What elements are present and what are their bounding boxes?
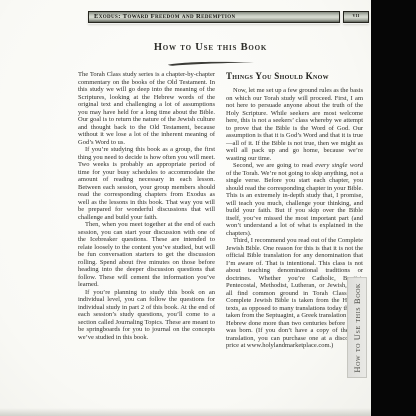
body-paragraph: The Torah Class study series is a chapte…	[78, 71, 215, 146]
body-paragraph: Second, we are going to read every singl…	[226, 162, 363, 237]
page-number: vii	[353, 14, 360, 20]
paragraph-text: of the Torah. We’re not going to skip an…	[226, 170, 363, 237]
paragraph-text: Third, I recommend you read out of the C…	[226, 237, 363, 349]
scan-background-strip	[371, 0, 416, 416]
right-column: Things You Should Know Now, let me set u…	[226, 71, 363, 350]
page-number-box: vii	[343, 11, 369, 23]
running-header-bar: Exodus: Toward Freedom and Redemption	[88, 11, 340, 23]
section-heading: Things You Should Know	[226, 71, 363, 81]
body-paragraph: Now, let me set up a few ground rules as…	[226, 87, 363, 162]
running-header-title: Exodus: Toward Freedom and Redemption	[89, 14, 236, 21]
page-title: How to Use this Book	[63, 42, 358, 53]
title-flourish-icon	[167, 55, 255, 63]
side-tab-label: How to Use this Book	[353, 283, 362, 373]
body-paragraph: If you’re studying this book as a group,…	[78, 146, 215, 221]
body-paragraph: Then, when you meet together at the end …	[78, 221, 215, 289]
left-column: The Torah Class study series is a chapte…	[78, 71, 215, 341]
paragraph-text: Second, we are going to read	[233, 162, 315, 169]
paragraph-text: Now, let me set up a few ground rules as…	[226, 87, 363, 162]
body-paragraph: If you’re planning to study this book on…	[78, 289, 215, 342]
paragraph-italic-text: every single word	[315, 162, 363, 169]
book-page: Exodus: Toward Freedom and Redemption vi…	[0, 0, 371, 416]
chapter-side-tab: How to Use this Book	[347, 277, 367, 378]
body-paragraph: Third, I recommend you read out of the C…	[226, 237, 363, 350]
